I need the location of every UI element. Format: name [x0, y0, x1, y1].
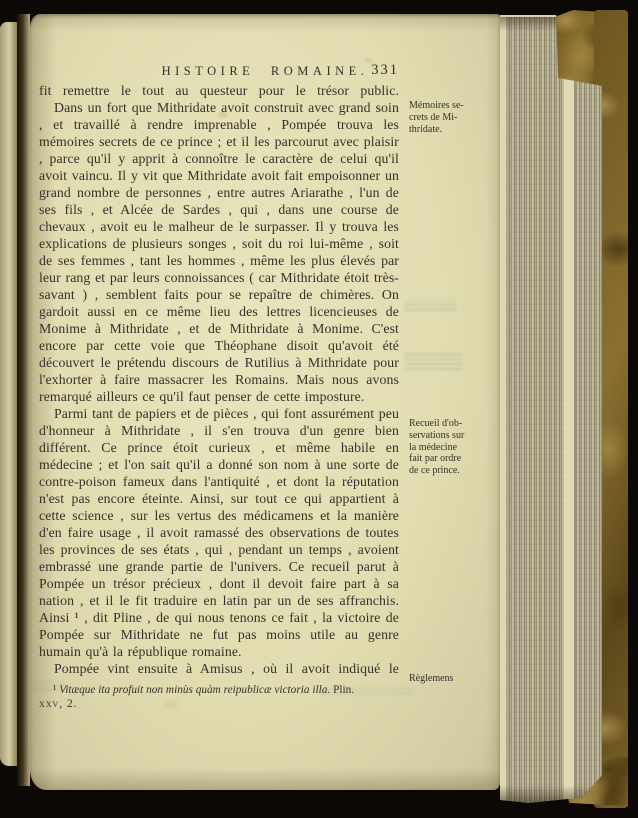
paragraph: Dans un fort que Mithridate avoit constr…: [39, 99, 399, 405]
page-number: 331: [371, 62, 399, 79]
paragraph: Pompée vint ensuite à Amisus , où il avo…: [39, 660, 399, 677]
paragraph-list: fit remettre le tout au questeur pour le…: [39, 82, 399, 677]
paragraph: fit remettre le tout au questeur pour le…: [39, 82, 399, 99]
book-page: HISTOIRE ROMAINE. 331 fit remettre le to…: [30, 14, 500, 790]
fore-edge-pages: [500, 15, 602, 803]
gutter-shadow: [17, 14, 30, 786]
footnote-reference: xxv, 2.: [39, 698, 399, 712]
show-through-smudge: [404, 350, 462, 370]
margin-note-recueil: Recueil d'ob- servations sur la médecine…: [409, 418, 489, 477]
paragraph: Parmi tant de papiers et de pièces , qui…: [39, 405, 399, 660]
book-photo: HISTOIRE ROMAINE. 331 fit remettre le to…: [0, 0, 638, 818]
show-through-smudge: [404, 300, 456, 311]
margin-note-reglemens: Règlemens: [409, 673, 489, 685]
footnote-citation: Vitæque ita profuit non minùs quàm reipu…: [59, 684, 330, 696]
margin-note-memoires: Mémoires se- crets de Mi- thridate.: [409, 100, 489, 135]
show-through-smudge: [32, 680, 66, 691]
page-title: HISTOIRE ROMAINE.: [162, 64, 369, 78]
left-page-edge: [0, 22, 17, 766]
body-text: fit remettre le tout au questeur pour le…: [39, 82, 399, 711]
running-header: HISTOIRE ROMAINE. 331: [30, 64, 500, 79]
show-through-smudge: [318, 686, 414, 695]
